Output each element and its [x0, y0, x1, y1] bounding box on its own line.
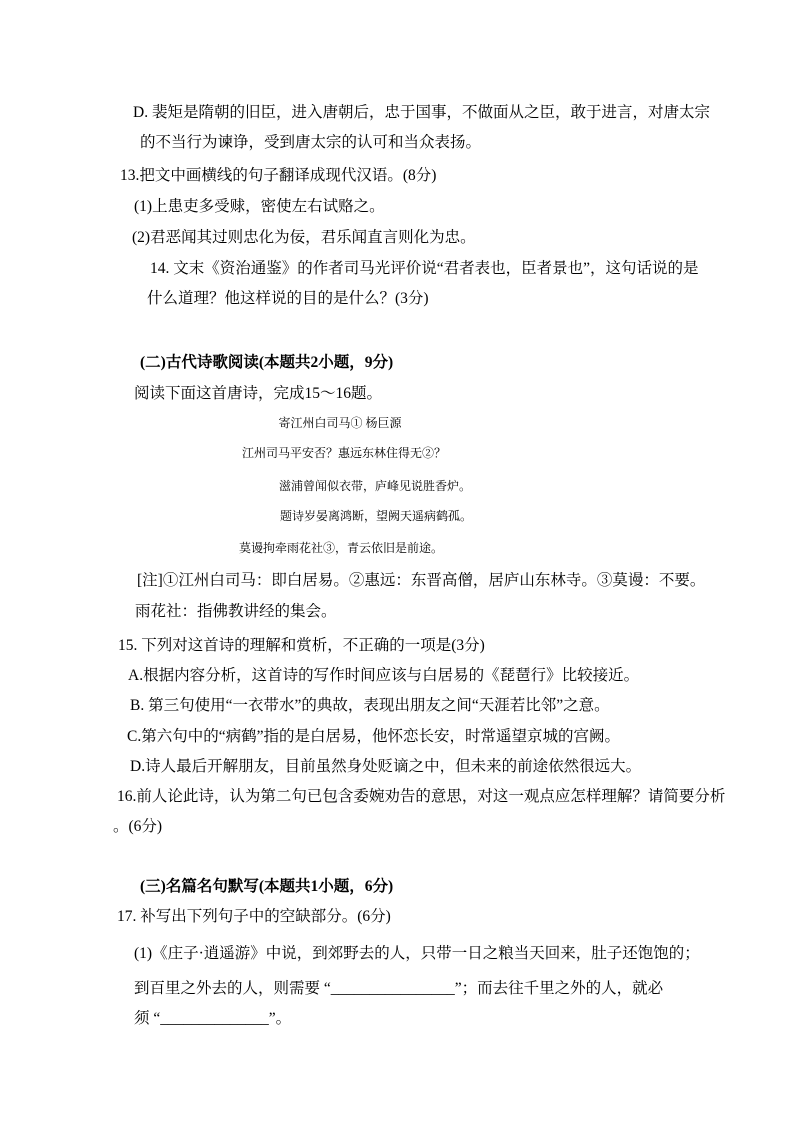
poem-title: 寄江州白司马① 杨巨源	[0, 414, 737, 433]
document-page: D. 裴矩是隋朝的旧臣，进入唐朝后，忠于国事，不做面从之臣，敢于进言，对唐太宗 …	[0, 0, 794, 1123]
poem-note-line2: 雨花社：指佛教讲经的集会。	[135, 602, 337, 621]
option-d-line2: 的不当行为谏诤，受到唐太宗的认可和当众表扬。	[140, 133, 481, 152]
poem-line-4: 莫谩拘牵雨花社③，青云依旧是前途。	[0, 539, 738, 558]
question-15: 15. 下列对这首诗的理解和赏析，不正确的一项是(3分)	[118, 636, 485, 655]
question-15-option-b: B. 第三句使用“一衣带水”的典故，表现出朋友之间“天涯若比邻”之意。	[130, 696, 610, 715]
question-15-option-d: D.诗人最后开解朋友，目前虽然身处贬谪之中，但未来的前途依然很远大。	[130, 757, 641, 776]
question-17-sub1-line1: (1)《庄子·逍遥游》中说，到郊野去的人，只带一日之粮当天回来，肚子还饱饱的；	[134, 944, 700, 963]
section-heading-poetry: (二)古代诗歌阅读(本题共2小题，9分)	[140, 353, 393, 372]
question-14-line1: 14. 文末《资治通鉴》的作者司马光评价说“君者表也，臣者景也”，这句话说的是	[150, 259, 699, 278]
poem-line-2: 滋浦曾闻似衣带，庐峰见说胜香炉。	[0, 477, 772, 496]
question-17-sub1-line2: 到百里之外去的人，则需要 “________________”；而去往千里之外的…	[134, 979, 663, 998]
question-15-option-c: C.第六句中的“病鹤”指的是白居易，他怀恋长安，时常遥望京城的宫阙。	[127, 727, 620, 746]
question-13-sub2: (2)君恶闻其过则忠化为佞，君乐闻直言则化为忠。	[132, 228, 476, 247]
question-13-sub1: (1)上患吏多受赇，密使左右试赂之。	[134, 197, 385, 216]
question-15-option-a: A.根据内容分析，这首诗的写作时间应该与白居易的《琵琶行》比较接近。	[128, 666, 639, 685]
question-17: 17. 补写出下列句子中的空缺部分。(6分)	[117, 907, 391, 926]
question-16-line2: 。(6分)	[113, 817, 162, 836]
poetry-intro: 阅读下面这首唐诗，完成15～16题。	[134, 384, 382, 403]
poem-note-line1: [注]①江州白司马：即白居易。②惠远：东晋高僧，居庐山东林寺。③莫谩：不要。	[137, 571, 705, 590]
question-17-sub1-line3: 须 “______________”。	[134, 1009, 291, 1028]
question-14-line2: 什么道理？他这样说的目的是什么？(3分)	[147, 289, 429, 308]
question-16-line1: 16.前人论此诗，认为第二句已包含委婉劝告的意思，对这一观点应怎样理解？请简要分…	[117, 787, 725, 806]
option-d-line1: D. 裴矩是隋朝的旧臣，进入唐朝后，忠于国事，不做面从之臣，敢于进言，对唐太宗	[133, 103, 710, 122]
poem-line-1: 江州司马平安否？惠远东林住得无②？	[0, 444, 741, 463]
section-heading-dictation: (三)名篇名句默写(本题共1小题，6分)	[140, 877, 393, 896]
poem-line-3: 题诗岁晏离鸿断，望阙天遥病鹤孤。	[0, 507, 773, 526]
question-13: 13.把文中画横线的句子翻译成现代汉语。(8分)	[120, 166, 436, 185]
